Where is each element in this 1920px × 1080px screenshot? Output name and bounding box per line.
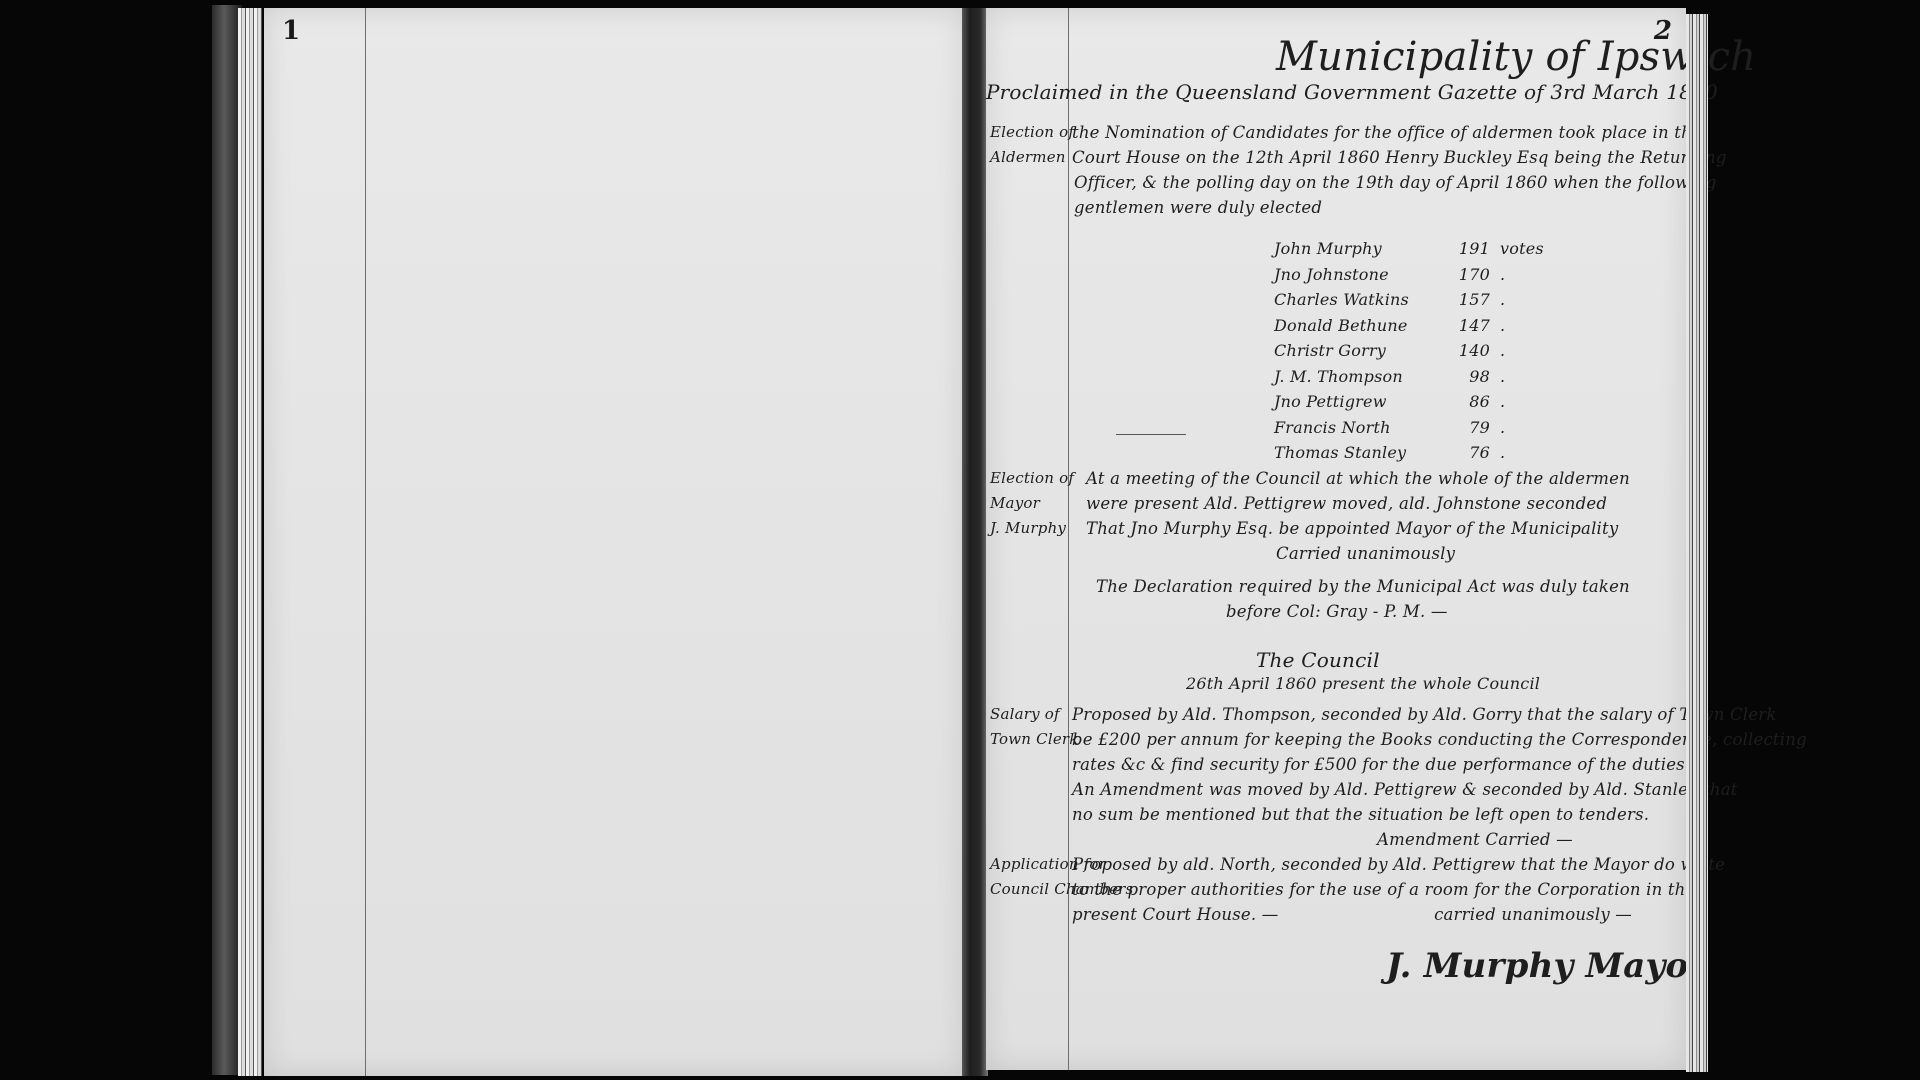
margin-rule xyxy=(365,8,366,1076)
margin-note-election-aldermen: Election of Aldermen xyxy=(990,120,1074,170)
right-page: 2 Municipality of Ipswich Proclaimed in … xyxy=(986,8,1686,1070)
book-gutter xyxy=(962,8,988,1076)
mayor-signature: J. Murphy Mayor xyxy=(1386,946,1707,986)
table-row: Christr Gorry140. xyxy=(1274,338,1540,364)
margin-note-salary: Salary of Town Clerk xyxy=(990,702,1079,752)
right-page-edges xyxy=(1686,14,1708,1072)
ledger-book: 1 2 Municipality of Ipswich Proclaimed i… xyxy=(0,0,1920,1080)
chambers-motion-paragraph: Proposed by ald. North, seconded by Ald.… xyxy=(1072,852,1725,927)
table-row: John Murphy191votes xyxy=(1274,236,1540,262)
margin-note-election-mayor: Election of Mayor J. Murphy xyxy=(990,466,1074,541)
left-page: 1 xyxy=(264,8,964,1076)
page-subtitle: Proclaimed in the Queensland Government … xyxy=(986,80,1718,104)
mayor-election-paragraph: At a meeting of the Council at which the… xyxy=(1086,466,1630,566)
divider xyxy=(1116,434,1186,435)
council-heading: The Council xyxy=(1256,648,1380,672)
table-row: J. M. Thompson98. xyxy=(1274,364,1540,390)
table-row: Francis North79. xyxy=(1274,415,1540,441)
page-number: 1 xyxy=(282,16,300,46)
declaration-paragraph: The Declaration required by the Municipa… xyxy=(1096,574,1630,624)
page-title: Municipality of Ipswich xyxy=(1276,34,1756,80)
table-row: Charles Watkins157. xyxy=(1274,287,1540,313)
table-row: Jno Pettigrew86. xyxy=(1274,389,1540,415)
table-row: Thomas Stanley76. xyxy=(1274,440,1540,466)
table-row: Jno Johnstone170. xyxy=(1274,262,1540,288)
left-page-edges xyxy=(238,8,262,1076)
election-paragraph: the Nomination of Candidates for the off… xyxy=(1072,120,1727,220)
table-row: Donald Bethune147. xyxy=(1274,313,1540,339)
council-date-line: 26th April 1860 present the whole Counci… xyxy=(1186,674,1540,693)
election-results-table: John Murphy191votes Jno Johnstone170. Ch… xyxy=(1274,236,1540,466)
